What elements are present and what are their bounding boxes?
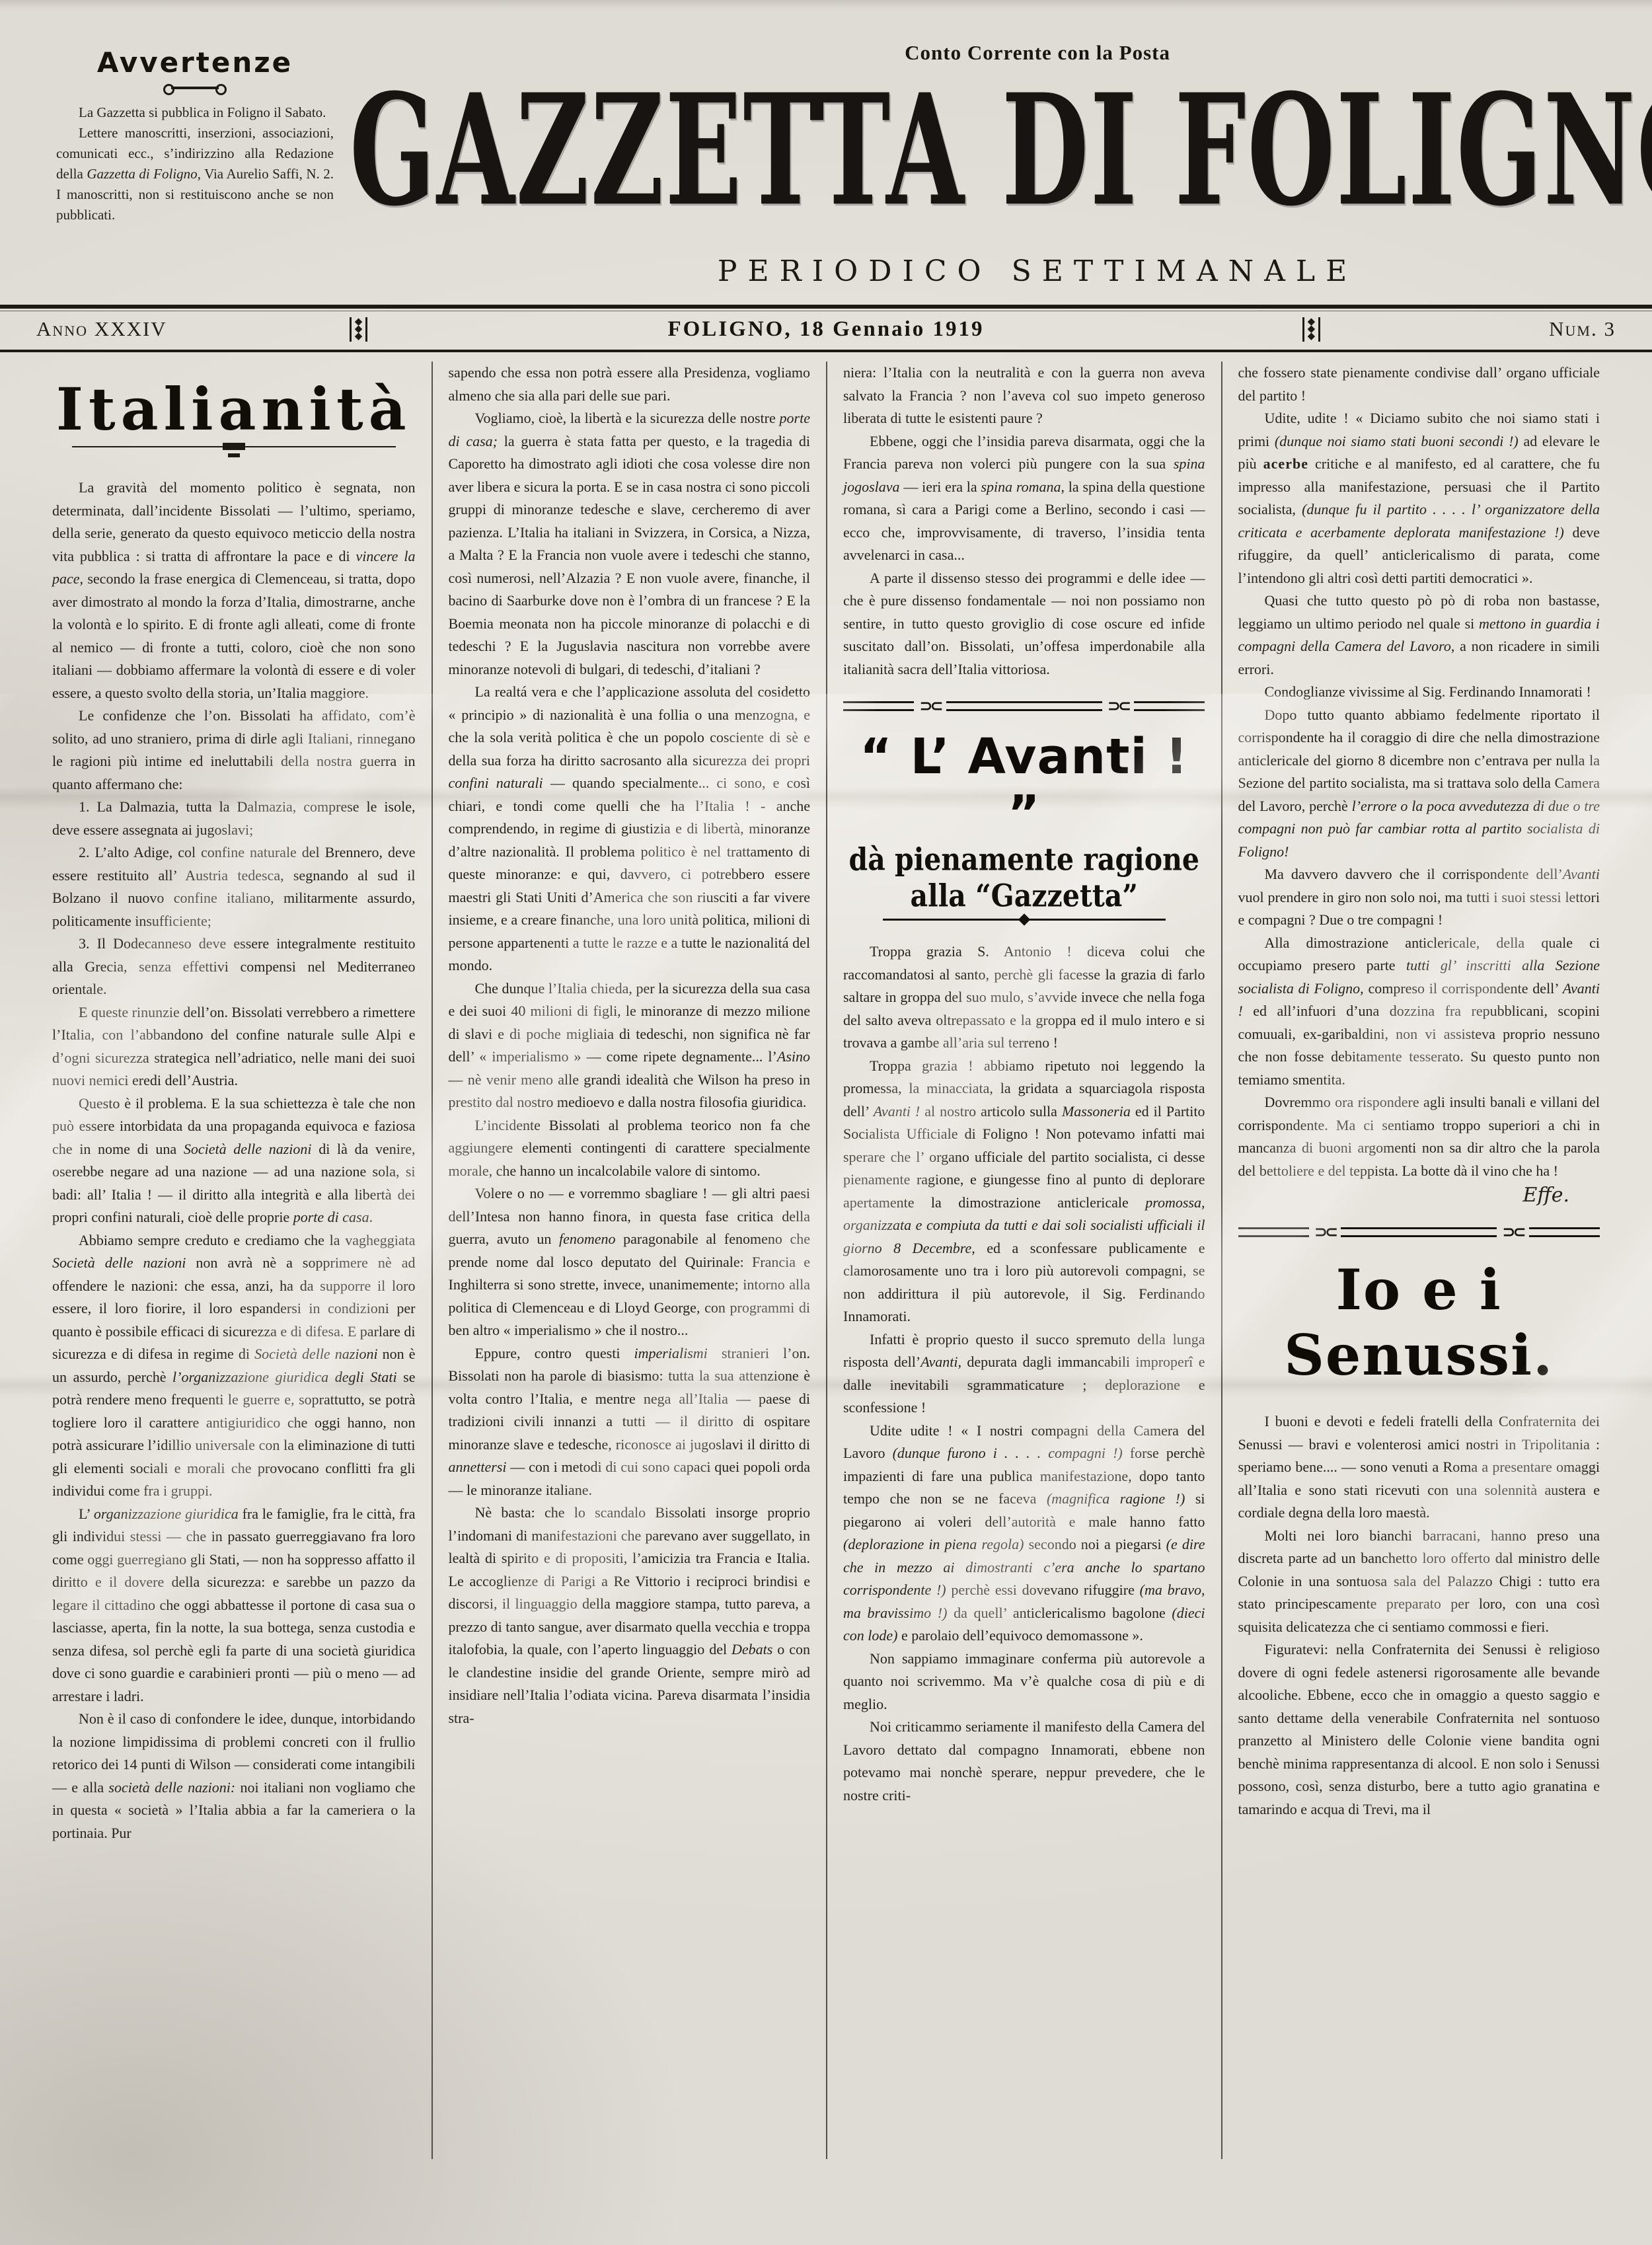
- section-separator-ornament: ⊃⊂⊃⊂: [1238, 1224, 1600, 1240]
- article-title-avanti: “ L’ Avanti ! ”: [843, 728, 1205, 842]
- article-paragraph: Questo è il problema. E la sua schiettez…: [52, 1092, 416, 1229]
- article-paragraph: 3. Il Dodecanneso deve essere integralme…: [52, 932, 416, 1001]
- article-paragraph: Dopo tutto quanto abbiamo fedelmente rip…: [1238, 704, 1600, 864]
- article-paragraph: che fossero state pienamente condivise d…: [1238, 361, 1600, 407]
- article-paragraph: Non è il caso di confondere le idee, dun…: [52, 1708, 416, 1845]
- scroll-ornament-icon: [163, 81, 227, 93]
- article-paragraph: niera: l’Italia con la neutralità e con …: [843, 361, 1205, 430]
- article-paragraph: Eppure, contro questi imperialismi stran…: [449, 1342, 811, 1502]
- column-3: niera: l’Italia con la neutralità e con …: [826, 361, 1221, 2159]
- article-paragraph: La realtá vera e che l’applicazione asso…: [449, 681, 811, 977]
- article-paragraph: Troppa grazia S. Antonio ! diceva colui …: [843, 940, 1205, 1055]
- column-4: che fossero state pienamente condivise d…: [1221, 361, 1616, 2159]
- article-paragraph: Troppa grazia ! abbiamo ripetuto noi leg…: [843, 1055, 1205, 1328]
- dateline-bar: Anno XXXIV ◆◆◆ FOLIGNO, 18 Gennaio 1919 …: [0, 305, 1652, 352]
- issue-number: Num. 3: [1549, 317, 1616, 341]
- article-paragraph: Condoglianze vivissime al Sig. Ferdinand…: [1238, 681, 1600, 704]
- newspaper-title: GAZZETTA DI FOLIGNO: [350, 74, 1652, 310]
- article-paragraph: Figuratevi: nella Confraternita dei Senu…: [1238, 1638, 1600, 1821]
- article-paragraph: I buoni e devoti e fedeli fratelli della…: [1238, 1410, 1600, 1525]
- article-paragraph: Dovremmo ora rispondere agli insulti ban…: [1238, 1091, 1600, 1182]
- section-separator-ornament: ⊃⊂⊃⊂: [843, 698, 1205, 714]
- diamond-divider-icon: ◆◆◆: [350, 317, 368, 342]
- masthead-center: Conto Corrente con la Posta GAZZETTA DI …: [350, 38, 1652, 297]
- article-paragraph: sapendo che essa non potrà essere alla P…: [449, 361, 811, 407]
- diamond-divider-icon: ◆◆◆: [1302, 317, 1321, 342]
- article-subtitle-avanti: dà pienamente ragione alla “Gazzetta”: [843, 841, 1205, 914]
- notices-title: Avvertenze: [56, 46, 334, 79]
- article-paragraph: Molti nei loro bianchi barracani, hanno …: [1238, 1525, 1600, 1639]
- article-paragraph: Ma davvero davvero che il corrispondente…: [1238, 863, 1600, 932]
- article-columns: Italianità La gravità del momento politi…: [0, 352, 1652, 2159]
- article-paragraph: Alla dimostrazione anticlericale, della …: [1238, 932, 1600, 1092]
- article-paragraph: Udite, udite ! « Diciamo subito che noi …: [1238, 407, 1600, 590]
- headline-rule-ornament: [72, 442, 396, 459]
- article-paragraph: L’incidente Bissolati al problema teoric…: [449, 1114, 811, 1183]
- column-2: sapendo che essa non potrà essere alla P…: [432, 361, 827, 2159]
- article-paragraph: A parte il dissenso stesso dei programmi…: [843, 567, 1205, 681]
- article-paragraph: 2. L’alto Adige, col confine naturale de…: [52, 841, 416, 932]
- article-paragraph: Vogliamo, cioè, la libertà e la sicurezz…: [449, 407, 811, 681]
- column-1: Italianità La gravità del momento politi…: [36, 361, 432, 2159]
- notices-paragraph: Lettere manoscritti, inserzioni, associa…: [56, 123, 334, 225]
- article-title-italianita: Italianità: [52, 379, 416, 439]
- article-paragraph: Udite udite ! « I nostri compagni della …: [843, 1420, 1205, 1648]
- article-paragraph: Volere o no — e vorremmo sbagliare ! — g…: [449, 1182, 811, 1342]
- article-paragraph: Ebbene, oggi che l’insidia pareva disarm…: [843, 430, 1205, 567]
- dateline-right: ◆◆◆ Num. 3: [1302, 317, 1616, 342]
- article-paragraph: Abbiamo sempre creduto e crediamo che la…: [52, 1229, 416, 1503]
- notices-box: Avvertenze La Gazzetta si pubblica in Fo…: [36, 38, 334, 297]
- article-signature: Effe.: [1238, 1184, 1600, 1207]
- article-paragraph: Quasi che tutto questo pò pò di roba non…: [1238, 590, 1600, 681]
- article-paragraph: 1. La Dalmazia, tutta la Dalmazia, compr…: [52, 796, 416, 841]
- dateline-left: Anno XXXIV ◆◆◆: [36, 317, 367, 342]
- article-paragraph: La gravità del momento politico è segnat…: [52, 476, 416, 704]
- article-title-senussi: Io e i Senussi.: [1238, 1257, 1600, 1388]
- newspaper-page: Avvertenze La Gazzetta si pubblica in Fo…: [0, 0, 1652, 2245]
- article-paragraph: Che dunque l’Italia chieda, per la sicur…: [449, 977, 811, 1114]
- issue-date: FOLIGNO, 18 Gennaio 1919: [667, 317, 984, 342]
- article-paragraph: Non sappiamo immaginare conferma più aut…: [843, 1648, 1205, 1716]
- article-paragraph: Infatti è proprio questo il succo spremu…: [843, 1328, 1205, 1420]
- volume-label: Anno XXXIV: [36, 317, 167, 341]
- article-paragraph: Noi criticammo seriamente il manifesto d…: [843, 1716, 1205, 1807]
- article-paragraph: E queste rinunzie dell’on. Bissolati ver…: [52, 1001, 416, 1092]
- article-paragraph: Nè basta: che lo scandalo Bissolati inso…: [449, 1502, 811, 1730]
- notices-paragraph: La Gazzetta si pubblica in Foligno il Sa…: [56, 102, 334, 123]
- pointed-rule-ornament: [883, 919, 1166, 921]
- article-paragraph: L’ organizzazione giuridica fra le famig…: [52, 1503, 416, 1708]
- masthead: Avvertenze La Gazzetta si pubblica in Fo…: [0, 0, 1652, 301]
- article-paragraph: Le confidenze che l’on. Bissolati ha aff…: [52, 704, 416, 796]
